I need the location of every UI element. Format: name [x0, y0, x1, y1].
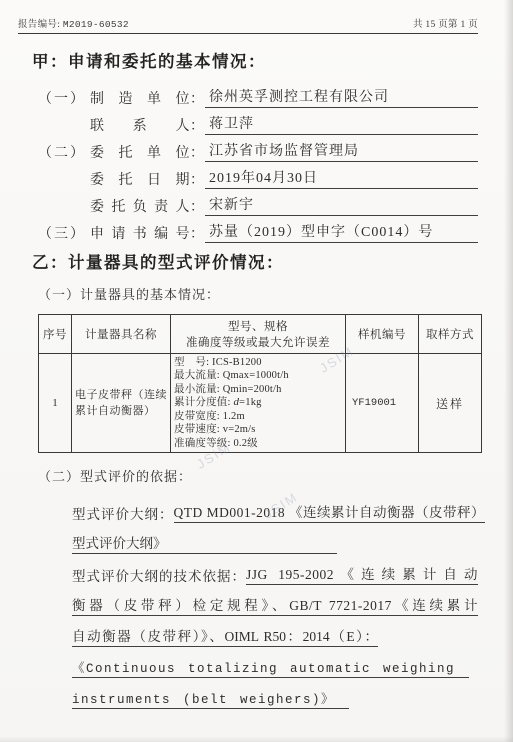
spec-belt-speed: 皮带速度: v=2m/s: [174, 423, 345, 436]
spec-accuracy-class: 准确度等级: 0.2级: [174, 437, 345, 450]
form-row-entrust-date: 委 托 日 期 ： 2019年04月30日: [38, 162, 478, 189]
row-colon: ：: [190, 223, 205, 243]
spec-division-value: 累计分度值: d=1kg: [174, 396, 345, 409]
scanned-report-page: JSIM JSIM JSIM 报告编号: M2019-60532 共 15 页第…: [0, 0, 513, 742]
instrument-table: 序号 计量器具名称 型号、规格 准确度等级或最大允许误差 样机编号 取样方式 1…: [38, 314, 482, 453]
row-value: 徐州英孚测控工程有限公司: [205, 86, 478, 108]
basis-underlined-text: JJG 195-2002《连续累计自动: [246, 563, 478, 585]
row-prefix: （三）: [38, 223, 90, 243]
cell-specifications: 型 号: ICS-B1200 最大流量: Qmax=1000t/h 最小流量: …: [171, 354, 346, 453]
row-colon: ：: [190, 88, 205, 108]
spec-model: 型 号: ICS-B1200: [174, 356, 345, 369]
row-label: 申 请 书 编 号: [90, 223, 190, 243]
application-form: （一） 制 造 单 位 ： 徐州英孚测控工程有限公司 联 系 人 ： 蒋卫萍 （…: [38, 81, 478, 243]
cell-serial-number: 1: [39, 354, 72, 453]
row-label: 委 托 日 期: [90, 169, 190, 189]
row-prefix: （一）: [38, 88, 90, 108]
section-b-title: 乙：计量器具的型式评价情况：: [32, 249, 478, 273]
row-value: 宋新宇: [205, 194, 478, 216]
evaluation-basis-paragraph: 型式评价大纲：QTD MD001-2018 《连续累计自动衡器（皮带秤） 型式评…: [72, 492, 478, 709]
basis-underlined-text: 自动衡器（皮带秤）》、OIML R50：2014（E）：: [72, 625, 378, 647]
subsection-basis-title: （二）型式评价的依据：: [38, 466, 478, 485]
row-colon: ：: [190, 115, 205, 135]
row-label: 联 系 人: [90, 115, 190, 135]
form-row-manufacturer: （一） 制 造 单 位 ： 徐州英孚测控工程有限公司: [38, 81, 478, 108]
basis-underlined-text: 衡器（皮带秤）检定规程》、GB/T 7721-2017《连续累计: [72, 594, 478, 616]
form-row-entrust-manager: 委 托 负 责 人 ： 宋新宇: [38, 189, 478, 216]
table-header-name: 计量器具名称: [72, 315, 171, 354]
table-header-model: 型号、规格 准确度等级或最大允许误差: [171, 315, 346, 354]
report-number-label: 报告编号:: [18, 20, 60, 30]
spec-belt-width: 皮带宽度: 1.2m: [174, 410, 345, 423]
basis-underlined-text: QTD MD001-2018 《连续累计自动衡器（皮带秤）: [174, 501, 486, 523]
basis-line-technical-cont2: 自动衡器（皮带秤）》、OIML R50：2014（E）：: [72, 616, 478, 647]
table-header-sampling-way: 取样方式: [419, 315, 482, 354]
subsection-basic-info-title: （一）计量器具的基本情况：: [38, 284, 478, 303]
row-colon: ：: [190, 169, 205, 189]
table-row: 1 电子皮带秤（连续累计自动衡器） 型 号: ICS-B1200 最大流量: Q…: [39, 354, 482, 453]
table-header-row: 序号 计量器具名称 型号、规格 准确度等级或最大允许误差 样机编号 取样方式: [39, 315, 482, 354]
section-a-title: 甲：申请和委托的基本情况：: [32, 48, 478, 72]
row-colon: ：: [190, 196, 205, 216]
underline-extension: [167, 553, 337, 554]
basis-line-english1: 《Continuous totalizing automatic weighin…: [72, 647, 478, 678]
report-number-value: M2019-60532: [63, 19, 129, 30]
form-row-contact: 联 系 人 ： 蒋卫萍: [38, 108, 478, 135]
table-header-model-line1: 型号、规格: [172, 318, 344, 334]
form-row-client: （二） 委 托 单 位 ： 江苏省市场监督管理局: [38, 135, 478, 162]
row-value: 江苏省市场监督管理局: [205, 140, 478, 162]
table-header-no: 序号: [39, 315, 72, 354]
basis-line-technical: 型式评价大纲的技术依据：JJG 195-2002《连续累计自动: [72, 554, 478, 585]
basis-underlined-text: instruments (belt weighers)》: [72, 689, 349, 709]
basis-underlined-text: 《Continuous totalizing automatic weighin…: [72, 658, 469, 678]
page-count: 共 15 页第 1 页: [413, 16, 478, 30]
row-label: 委 托 负 责 人: [90, 196, 190, 216]
table-header-model-line2: 准确度等级或最大允许误差: [172, 334, 344, 350]
basis-label: 型式评价大纲：: [72, 503, 174, 523]
table-header-sample-no: 样机编号: [346, 315, 419, 354]
basis-line-program-cont: 型式评价大纲》: [72, 523, 478, 554]
basis-underlined-text: 型式评价大纲》: [72, 532, 167, 554]
report-number: 报告编号: M2019-60532: [18, 16, 129, 30]
row-value: 2019年04月30日: [205, 167, 478, 189]
spec-min-flow: 最小流量: Qmin=200t/h: [174, 383, 345, 396]
form-row-application-number: （三） 申 请 书 编 号 ： 苏量（2019）型申字（C0014）号: [38, 216, 478, 243]
basis-line-technical-cont1: 衡器（皮带秤）检定规程》、GB/T 7721-2017《连续累计: [72, 585, 478, 616]
row-value: 蒋卫萍: [205, 113, 478, 135]
row-value: 苏量（2019）型申字（C0014）号: [205, 221, 478, 243]
basis-line-english2: instruments (belt weighers)》: [72, 678, 478, 709]
cell-sampling-way: 送样: [419, 354, 482, 453]
row-colon: ：: [190, 142, 205, 162]
row-label: 委 托 单 位: [90, 142, 190, 162]
row-prefix: （二）: [38, 142, 90, 162]
spec-max-flow: 最大流量: Qmax=1000t/h: [174, 369, 345, 382]
basis-line-program: 型式评价大纲：QTD MD001-2018 《连续累计自动衡器（皮带秤）: [72, 492, 478, 523]
cell-sample-number: YF19001: [346, 354, 419, 453]
row-label: 制 造 单 位: [90, 88, 190, 108]
running-header: 报告编号: M2019-60532 共 15 页第 1 页: [18, 16, 478, 34]
cell-instrument-name: 电子皮带秤（连续累计自动衡器）: [72, 354, 171, 453]
basis-label: 型式评价大纲的技术依据：: [72, 565, 246, 585]
